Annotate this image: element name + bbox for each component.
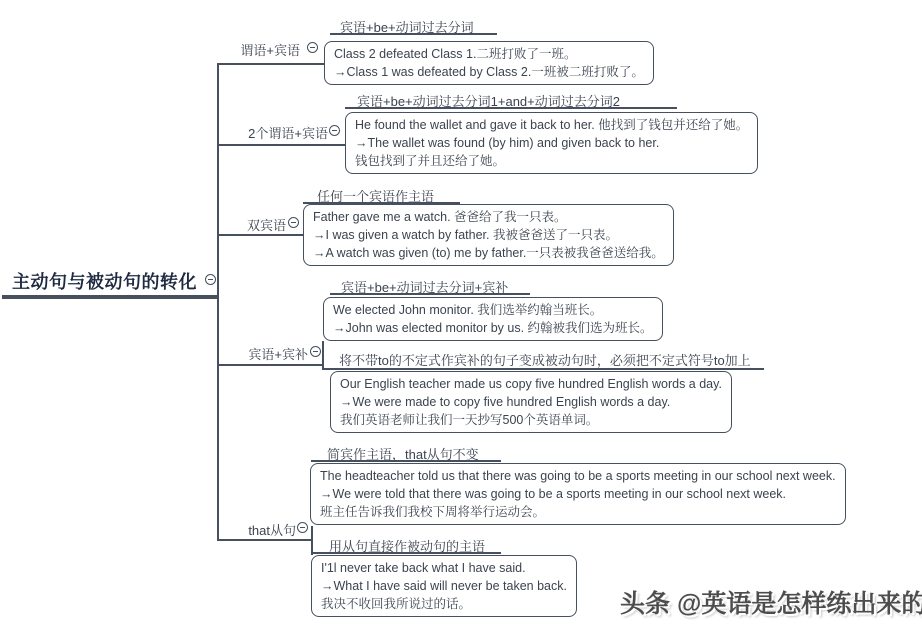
rule-label[interactable]: 宾语+be+动词过去分词+宾补 (341, 277, 508, 296)
example-line: →Class 1 was defeated by Class 2.一班被二班打败… (334, 63, 644, 81)
example-line: We elected John monitor. 我们选举约翰当班长。 (333, 301, 653, 319)
example-box[interactable]: The headteacher told us that there was g… (310, 463, 846, 525)
branch-label[interactable]: 双宾语 (247, 215, 286, 234)
connector-line (217, 144, 345, 146)
collapse-icon[interactable] (297, 522, 308, 533)
example-box[interactable]: Class 2 defeated Class 1.二班打败了一班。 →Class… (324, 41, 654, 85)
example-line: →We were told that there was going to be… (320, 485, 836, 503)
example-line: →John was elected monitor by us. 约翰被我们选为… (333, 319, 653, 337)
example-line: 我决不收回我所说过的话。 (321, 595, 567, 613)
branch-label[interactable]: 宾语+宾补 (248, 344, 308, 363)
example-line: →What I have said will never be taken ba… (321, 577, 567, 595)
example-line: →The wallet was found (by him) and given… (355, 134, 748, 152)
connector-line (217, 539, 312, 541)
example-box[interactable]: He found the wallet and gave it back to … (345, 112, 758, 174)
example-line: 我们英语老师让我们一天抄写500个英语单词。 (340, 411, 722, 429)
rule-label[interactable]: 任何一个宾语作主语 (317, 186, 434, 205)
root-topic[interactable]: 主动句与被动句的转化 (12, 268, 197, 294)
root-underline (2, 295, 218, 299)
example-line: Father gave me a watch. 爸爸给了我一只表。 (313, 208, 664, 226)
example-line: →A watch was given (to) me by father.一只表… (313, 244, 664, 262)
example-box[interactable]: Father gave me a watch. 爸爸给了我一只表。 →I was… (303, 204, 674, 266)
collapse-icon[interactable] (307, 42, 318, 53)
rule-label[interactable]: 简宾作主语，that从句不变 (327, 444, 479, 463)
example-line: He found the wallet and gave it back to … (355, 116, 748, 134)
collapse-icon[interactable] (288, 217, 299, 228)
example-line: The headteacher told us that there was g… (320, 467, 836, 485)
connector-line (311, 526, 313, 555)
example-line: 钱包找到了并且还给了她。 (355, 152, 748, 170)
example-line: 班主任告诉我们我校下周将举行运动会。 (320, 503, 836, 521)
rule-label[interactable]: 宾语+be+动词过去分词 (340, 17, 474, 36)
rule-label[interactable]: 宾语+be+动词过去分词1+and+动词过去分词2 (357, 91, 620, 110)
collapse-icon[interactable] (329, 125, 340, 136)
collapse-icon[interactable] (205, 274, 216, 285)
example-line: I'1l never take back what I have said. (321, 559, 567, 577)
example-line: Our English teacher made us copy five hu… (340, 375, 722, 393)
connector-line (217, 364, 323, 366)
connector-line (217, 234, 304, 236)
branch-label[interactable]: 谓语+宾语 (240, 40, 300, 59)
trunk-line (217, 63, 219, 540)
connector-line (322, 341, 324, 370)
collapse-icon[interactable] (310, 346, 321, 357)
example-box[interactable]: Our English teacher made us copy five hu… (330, 371, 732, 433)
branch-label[interactable]: 2个谓语+宾语 (248, 123, 328, 142)
example-box[interactable]: We elected John monitor. 我们选举约翰当班长。 →Joh… (323, 297, 663, 341)
connector-line (217, 63, 325, 65)
example-line: Class 2 defeated Class 1.二班打败了一班。 (334, 45, 644, 63)
example-line: →I was given a watch by father. 我被爸爸送了一只… (313, 226, 664, 244)
rule-label[interactable]: 将不带to的不定式作宾补的句子变成被动句时，必须把不定式符号to加上 (339, 350, 751, 369)
rule-label[interactable]: 用从句直接作被动句的主语 (329, 536, 485, 555)
example-box[interactable]: I'1l never take back what I have said. →… (311, 555, 577, 617)
mindmap-canvas: 主动句与被动句的转化 谓语+宾语 2个谓语+宾语 双宾语 宾语+宾补 that从… (0, 0, 922, 628)
branch-label[interactable]: that从句 (248, 520, 296, 539)
example-line: →We were made to copy five hundred Engli… (340, 393, 722, 411)
watermark: 头条 @英语是怎样练出来的 (620, 584, 922, 620)
